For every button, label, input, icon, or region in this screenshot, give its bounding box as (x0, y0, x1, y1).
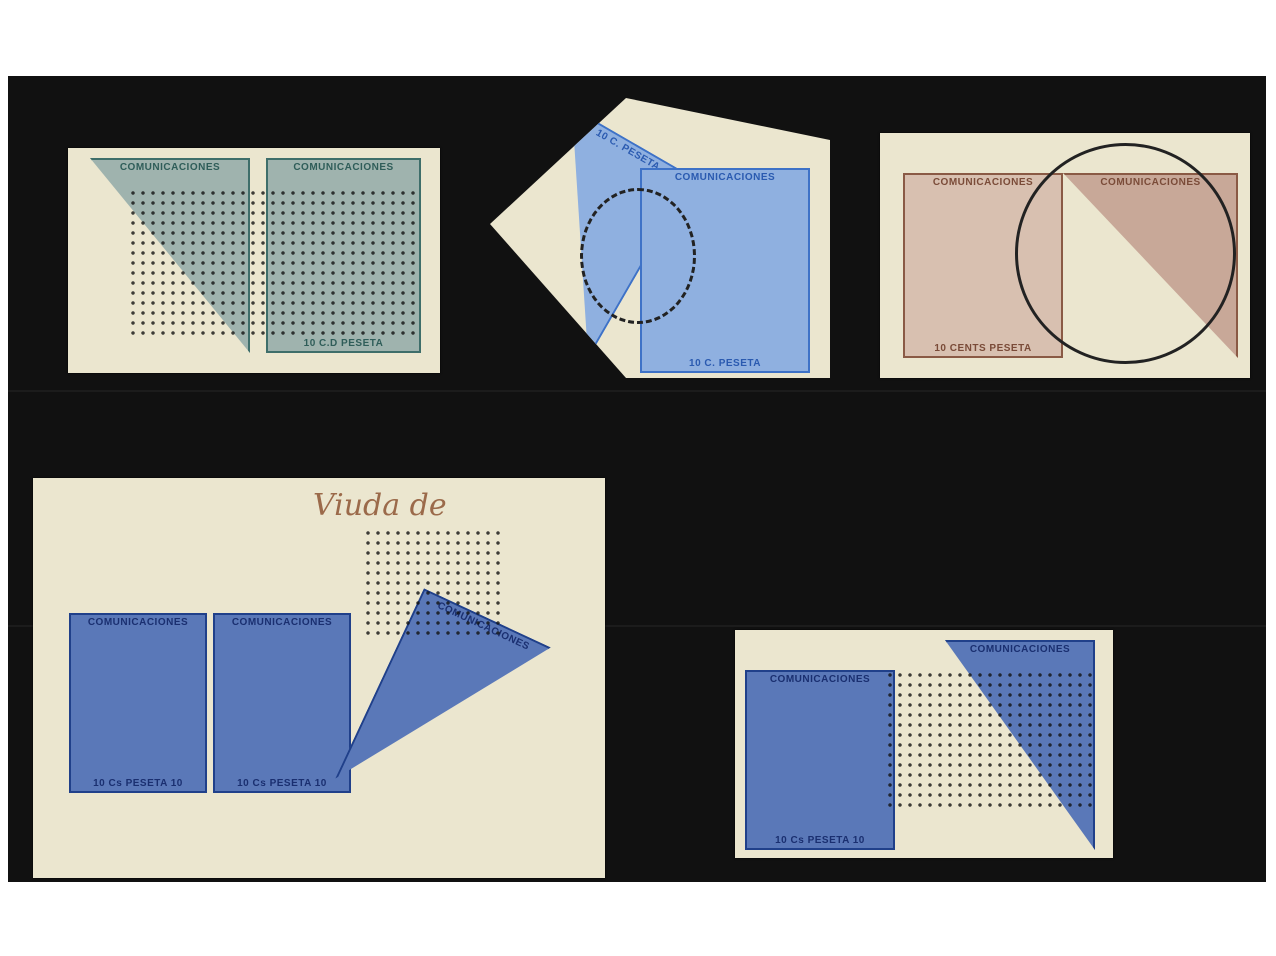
stamp: COMUNICACIONES10 Cs PESETA 10 (745, 670, 895, 850)
fragment-4: Viuda de COMUNICACIONES10 Cs PESETA 10 C… (33, 478, 605, 878)
circular-cancel (580, 188, 696, 324)
dotted-cancel (363, 528, 503, 638)
dotted-cancel (885, 670, 1095, 810)
postmark (1015, 143, 1236, 364)
fragment-5: COMUNICACIONES10 Cs PESETA 10 COMUNICACI… (735, 630, 1113, 858)
card-strip (8, 390, 1266, 392)
handwriting: Viuda de (313, 488, 447, 523)
fragment-3: COMUNICACIONES10 CENTS PESETA COMUNICACI… (880, 133, 1250, 378)
stamp: COMUNICACIONES10 Cs PESETA 10 (69, 613, 207, 793)
dotted-cancel (128, 188, 418, 338)
fragment-1: COMUNICACIONES10 C.D PESETA COMUNICACION… (68, 148, 440, 373)
stamp: COMUNICACIONES10 Cs PESETA 10 (213, 613, 351, 793)
